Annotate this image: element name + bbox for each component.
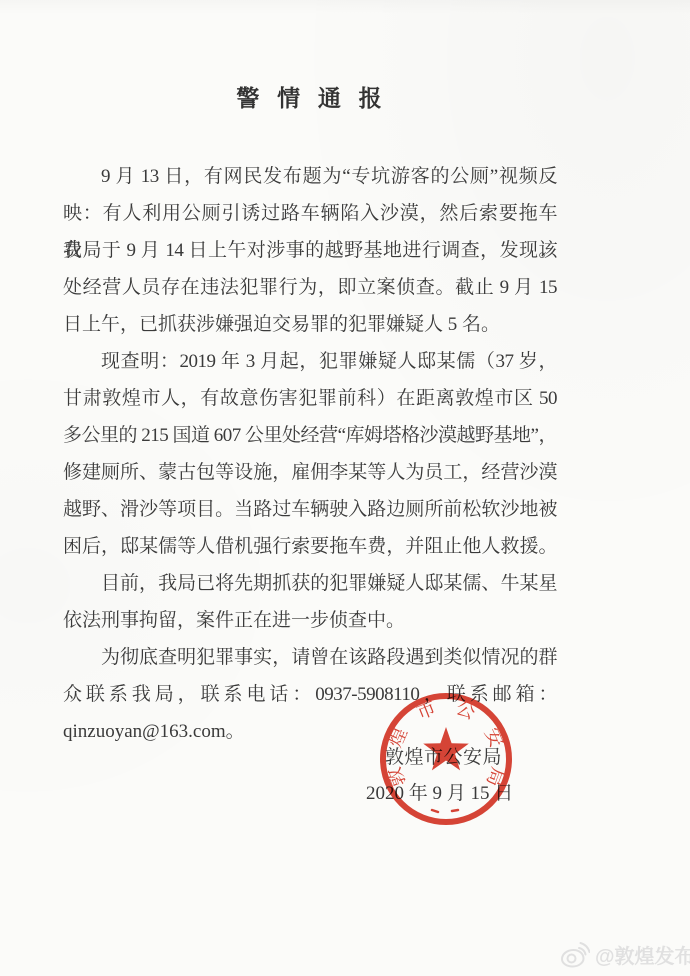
notice-line: 9 月 13 日，有网民发布题为“专坑游客的公厕”视频反 bbox=[63, 158, 557, 195]
notice-line: 为彻底查明犯罪事实，请曾在该路段遇到类似情况的群 bbox=[63, 639, 557, 676]
official-seal: 敦 煌 市 公 安 局 bbox=[376, 690, 516, 830]
watermark: @敦煌发布 bbox=[560, 940, 690, 969]
notice-line: 现查明：2019 年 3 月起，犯罪嫌疑人邸某儒（37 岁， bbox=[63, 343, 557, 380]
notice-title: 警 情 通 报 bbox=[63, 80, 557, 113]
notice-line: 甘肃敦煌市人，有故意伤害犯罪前科）在距离敦煌市区 50 bbox=[63, 380, 557, 417]
star-icon bbox=[423, 727, 469, 770]
notice-line: 修建厕所、蒙古包等设施，雇佣李某等人为员工，经营沙漠 bbox=[63, 454, 557, 491]
watermark-handle: @敦煌发布 bbox=[595, 940, 690, 969]
notice-line: 映：有人利用公厕引诱过路车辆陷入沙漠，然后索要拖车费。 bbox=[63, 195, 557, 232]
notice-line: 越野、滑沙等项目。当路过车辆驶入路边厕所前松软沙地被 bbox=[63, 491, 557, 528]
notice-line: 困后，邸某儒等人借机强行索要拖车费，并阻止他人救援。 bbox=[63, 528, 557, 565]
notice-line: 日上午，已抓获涉嫌强迫交易罪的犯罪嫌疑人 5 名。 bbox=[63, 306, 557, 343]
weibo-icon bbox=[560, 941, 590, 969]
paragraph: 现查明：2019 年 3 月起，犯罪嫌疑人邸某儒（37 岁， 甘肃敦煌市人，有故… bbox=[63, 343, 557, 565]
seal-code-marks bbox=[432, 810, 458, 812]
police-notice-document: 警 情 通 报 9 月 13 日，有网民发布题为“专坑游客的公厕”视频反 映：有… bbox=[0, 0, 690, 976]
paragraph: 9 月 13 日，有网民发布题为“专坑游客的公厕”视频反 映：有人利用公厕引诱过… bbox=[63, 158, 557, 343]
notice-line: 依法刑事拘留，案件正在进一步侦查中。 bbox=[63, 602, 557, 639]
notice-line: 我局于 9 月 14 日上午对涉事的越野基地进行调查，发现该 bbox=[63, 232, 557, 269]
paragraph: 目前，我局已将先期抓获的犯罪嫌疑人邸某儒、牛某星 依法刑事拘留，案件正在进一步侦… bbox=[63, 565, 557, 639]
notice-body: 9 月 13 日，有网民发布题为“专坑游客的公厕”视频反 映：有人利用公厕引诱过… bbox=[63, 158, 557, 750]
notice-line: 目前，我局已将先期抓获的犯罪嫌疑人邸某儒、牛某星 bbox=[63, 565, 557, 602]
notice-line: 处经营人员存在违法犯罪行为，即立案侦查。截止 9 月 15 bbox=[63, 269, 557, 306]
notice-line: 多公里的 215 国道 607 公里处经营“库姆塔格沙漠越野基地”， bbox=[63, 417, 557, 454]
